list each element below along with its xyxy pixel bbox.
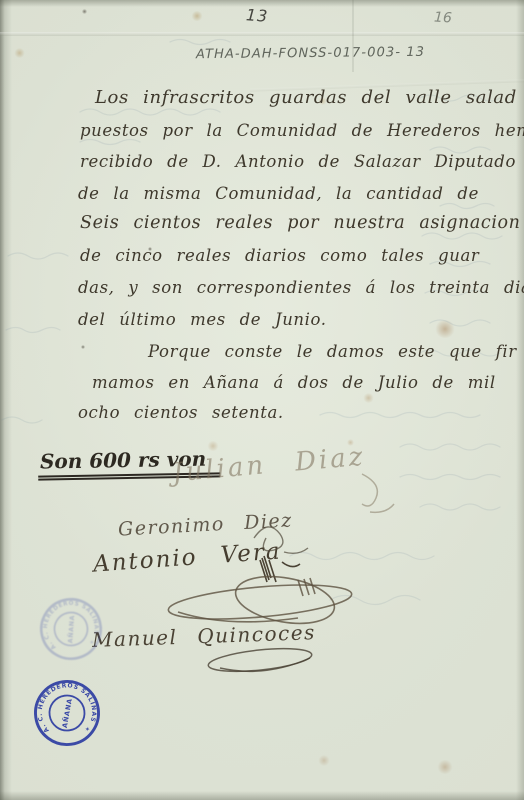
manuscript-line: Porque conste le damos este que fir bbox=[148, 342, 517, 361]
svg-text:✶: ✶ bbox=[89, 639, 96, 647]
scan-edge-right bbox=[516, 0, 524, 800]
signature-rubric-quincoces bbox=[200, 644, 320, 680]
signature-antonio-vera: Antonio Vera bbox=[92, 538, 282, 577]
paper-crease bbox=[352, 0, 354, 72]
paper-stain bbox=[434, 320, 456, 338]
paper-stain bbox=[81, 345, 85, 349]
svg-text:AÑANA: AÑANA bbox=[60, 697, 74, 728]
svg-text:AÑANA: AÑANA bbox=[65, 615, 76, 644]
corner-folio-number: 16 bbox=[434, 10, 453, 27]
scanned-manuscript-page: 13 16 ATHA-DAH-FONSS-017-003- 13 Los inf… bbox=[0, 0, 524, 800]
paper-crease bbox=[0, 32, 524, 36]
scan-edge-bottom bbox=[0, 791, 524, 800]
manuscript-line: puestos por la Comunidad de Herederos he… bbox=[80, 121, 524, 140]
paper-stain bbox=[82, 9, 87, 14]
paper-stain bbox=[318, 755, 330, 766]
scan-edge-left bbox=[0, 0, 12, 800]
paper-stain bbox=[14, 48, 25, 58]
folio-number: 13 bbox=[245, 5, 269, 26]
manuscript-line: Los infrascritos guardas del valle salad bbox=[95, 87, 517, 108]
paper-stain bbox=[191, 11, 203, 21]
svg-text:✶: ✶ bbox=[84, 726, 90, 734]
signature-geronimo-diez: Geronimo Diez bbox=[118, 509, 294, 540]
community-stamp-faint: A. C. HEREDEROS SALINAS ✶ AÑANA bbox=[31, 589, 111, 669]
manuscript-line: mamos en Añana á dos de Julio de mil bbox=[92, 373, 496, 392]
manuscript-line: Seis cientos reales por nuestra asignaci… bbox=[80, 213, 521, 233]
manuscript-line: del último mes de Junio. bbox=[78, 310, 327, 329]
signature-manuel-quincoces: Manuel Quincoces bbox=[92, 620, 317, 652]
paper-stain bbox=[363, 393, 374, 403]
manuscript-line: de cinco reales diarios como tales guar bbox=[80, 246, 479, 265]
archive-reference: ATHA-DAH-FONSS-017-003- 13 bbox=[196, 45, 425, 62]
signature-rubric-julian-tail bbox=[352, 468, 402, 514]
paper-stain bbox=[437, 760, 453, 774]
manuscript-line: de la misma Comunidad, la cantidad de bbox=[78, 184, 479, 203]
manuscript-line: ocho cientos setenta. bbox=[78, 403, 284, 422]
community-stamp: A. C. HEREDEROS SALINAS ✶ AÑANA bbox=[27, 673, 106, 752]
manuscript-line: das, y son correspondientes á los treint… bbox=[78, 278, 524, 297]
manuscript-line: recibido de D. Antonio de Salazar Diputa… bbox=[80, 152, 516, 171]
